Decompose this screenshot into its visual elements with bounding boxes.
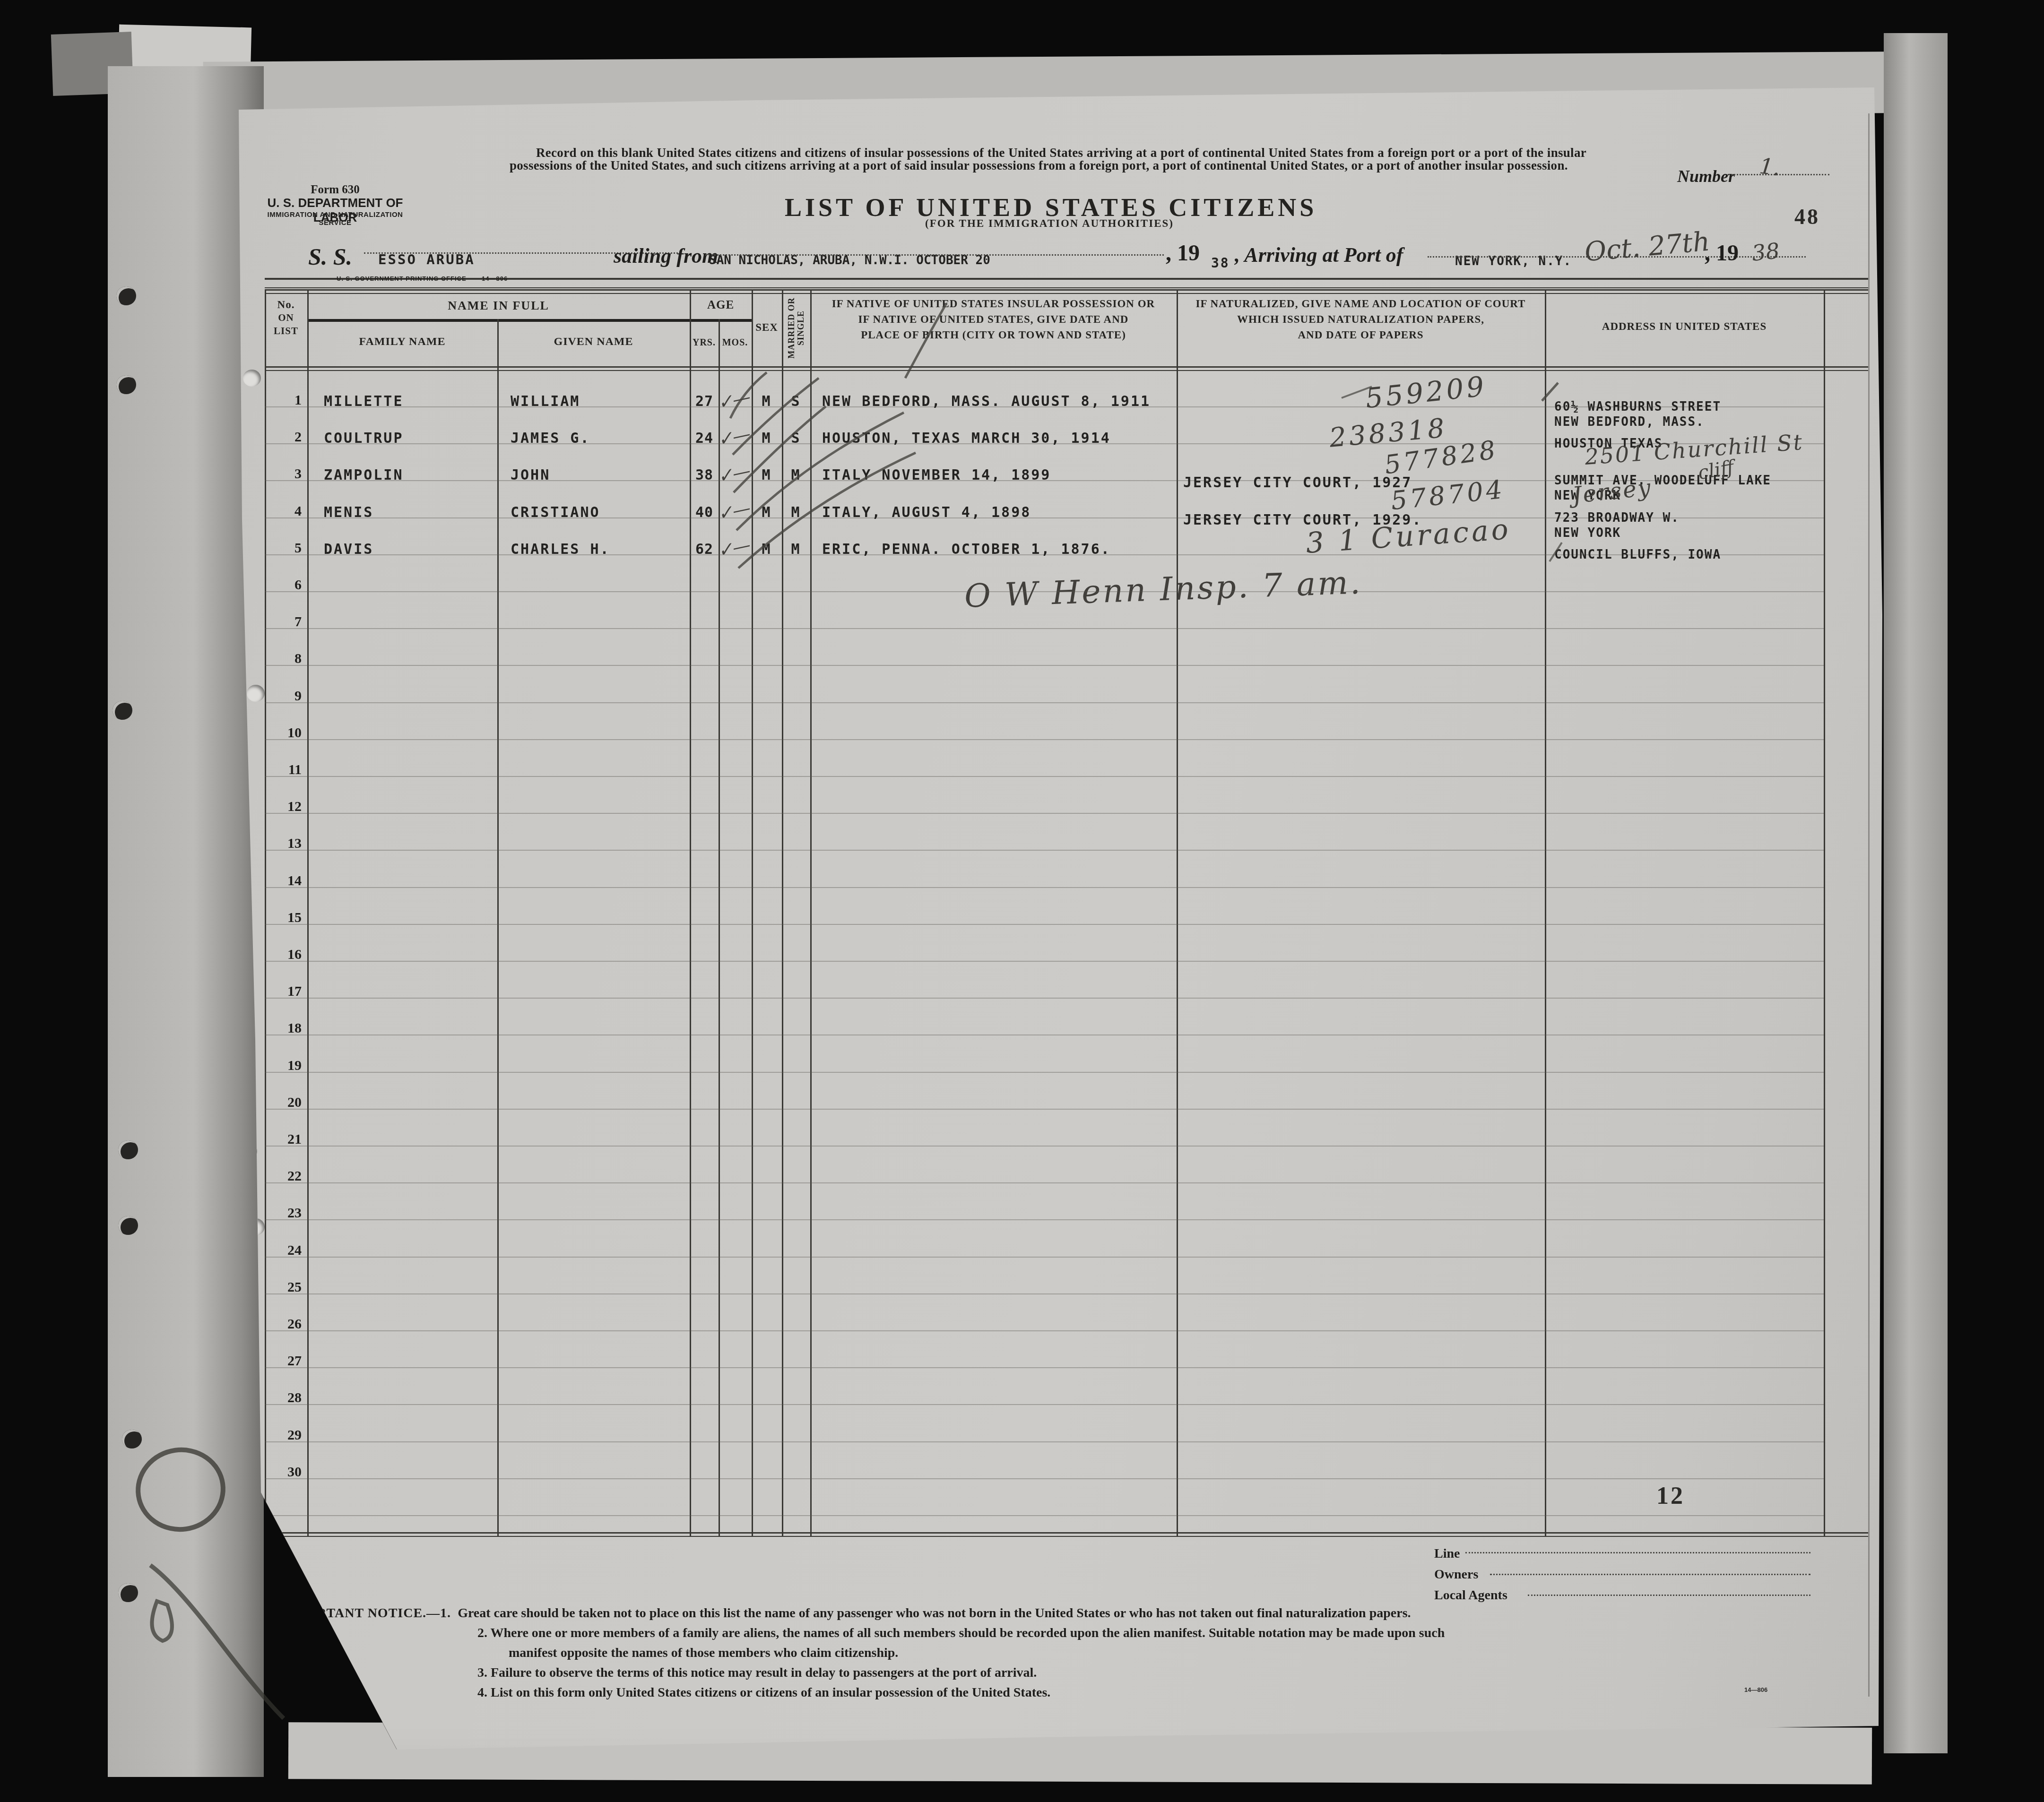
pencil-stroke-group — [0, 0, 2044, 1802]
manifest-sheet: Form 630 U. S. DEPARTMENT OF LABOR IMMIG… — [0, 0, 2044, 1802]
scanned-manifest-page: { "form": { "form_number": "Form 630", "… — [0, 0, 2044, 1802]
